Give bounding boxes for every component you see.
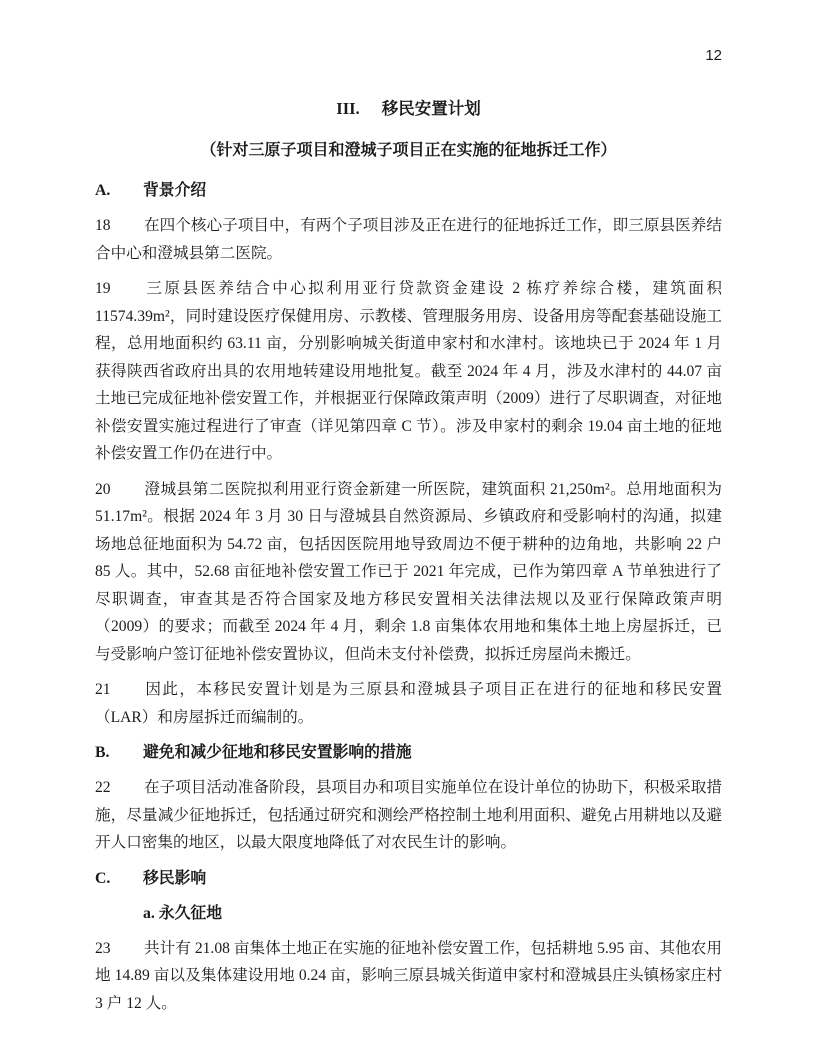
page-number: 12 [95,46,722,65]
chapter-title-text: 移民安置计划 [382,99,481,118]
paragraph-19: 19三原县医养结合中心拟利用亚行贷款资金建设 2 栋疗养综合楼，建筑面积 115… [95,275,722,468]
page-content: 12 III.移民安置计划 （针对三原子项目和澄城子项目正在实施的征地拆迁工作）… [95,46,722,1025]
chapter-subtitle: （针对三原子项目和澄城子项目正在实施的征地拆迁工作） [95,137,722,164]
section-heading-a: A.背景介绍 [95,177,722,204]
paragraph-number: 21 [95,676,144,704]
paragraph-23: 23共计有 21.08 亩集体土地正在实施的征地补偿安置工作，包括耕地 5.95… [95,935,722,1018]
section-title-a: 背景介绍 [143,182,206,199]
paragraph-text: 因此，本移民安置计划是为三原县和澄城县子项目正在进行的征地和移民安置（LAR）和… [95,681,722,726]
section-title-c: 移民影响 [143,870,206,887]
paragraph-22: 22在子项目活动准备阶段，县项目办和项目实施单位在设计单位的协助下，积极采取措施… [95,774,722,857]
section-letter-a: A. [95,177,143,204]
paragraph-text: 在子项目活动准备阶段，县项目办和项目实施单位在设计单位的协助下，积极采取措施，尽… [95,779,722,851]
paragraph-text: 澄城县第二医院拟利用亚行资金新建一所医院，建筑面积 21,250m²。总用地面积… [95,481,722,663]
chapter-title: III.移民安置计划 [95,95,722,122]
section-letter-c: C. [95,865,143,892]
paragraph-number: 18 [95,212,144,240]
paragraph-text: 共计有 21.08 亩集体土地正在实施的征地补偿安置工作，包括耕地 5.95 亩… [95,940,722,1012]
paragraph-number: 23 [95,935,144,963]
section-letter-b: B. [95,739,143,766]
chapter-numeral: III. [336,99,359,118]
paragraph-number: 22 [95,774,144,802]
paragraph-20: 20澄城县第二医院拟利用亚行资金新建一所医院，建筑面积 21,250m²。总用地… [95,476,722,669]
paragraph-21: 21因此，本移民安置计划是为三原县和澄城县子项目正在进行的征地和移民安置（LAR… [95,676,722,731]
paragraph-text: 三原县医养结合中心拟利用亚行贷款资金建设 2 栋疗养综合楼，建筑面积 11574… [95,280,722,462]
paragraph-18: 18在四个核心子项目中，有两个子项目涉及正在进行的征地拆迁工作，即三原县医养结合… [95,212,722,267]
section-title-b: 避免和减少征地和移民安置影响的措施 [143,744,412,761]
paragraph-text: 在四个核心子项目中，有两个子项目涉及正在进行的征地拆迁工作，即三原县医养结合中心… [95,217,722,262]
document-page: 12 III.移民安置计划 （针对三原子项目和澄城子项目正在实施的征地拆迁工作）… [0,0,816,1056]
paragraph-number: 19 [95,275,144,303]
section-heading-b: B.避免和减少征地和移民安置影响的措施 [95,739,722,766]
subsection-heading-permanent-land: a. 永久征地 [95,900,722,927]
section-heading-c: C.移民影响 [95,865,722,892]
paragraph-number: 20 [95,476,144,504]
